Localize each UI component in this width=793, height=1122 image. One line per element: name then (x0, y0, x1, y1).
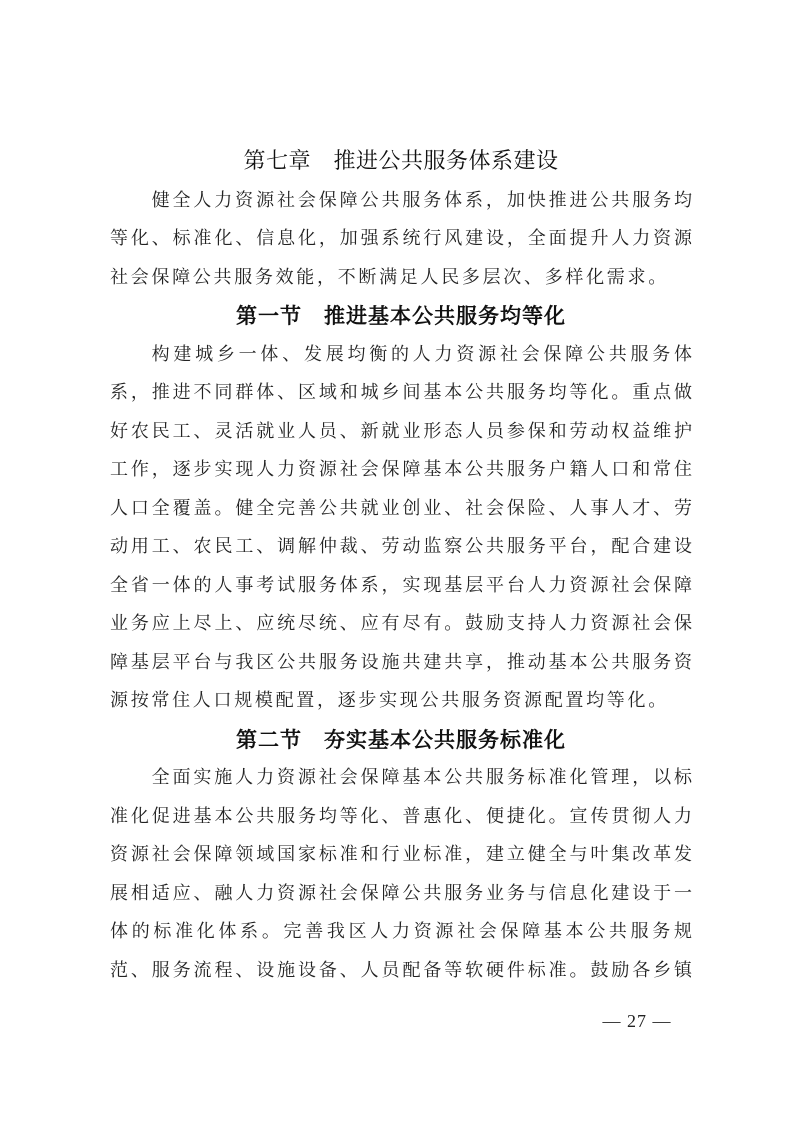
paragraph-line: 全面实施人力资源社会保障基本公共服务标准化管理，以标 (110, 759, 692, 798)
paragraph-line: 好农民工、灵活就业人员、新就业形态人员参保和劳动权益维护 (110, 413, 692, 452)
intro-paragraph: 健全人力资源社会保障公共服务体系，加快推进公共服务均 等化、标准化、信息化，加强… (110, 182, 692, 298)
paragraph-line: 人口全覆盖。健全完善公共就业创业、社会保险、人事人才、劳 (110, 490, 692, 529)
paragraph-line: 展相适应、融人力资源社会保障公共服务业务与信息化建设于一 (110, 875, 692, 914)
paragraph-line: 体的标准化体系。完善我区人力资源社会保障基本公共服务规 (110, 913, 692, 952)
paragraph-line: 全省一体的人事考试服务体系，实现基层平台人力资源社会保障 (110, 567, 692, 606)
paragraph-line: 工作，逐步实现人力资源社会保障基本公共服务户籍人口和常住 (110, 451, 692, 490)
paragraph-line: 健全人力资源社会保障公共服务体系，加快推进公共服务均 (110, 182, 692, 221)
page-content: 第七章 推进公共服务体系建设 健全人力资源社会保障公共服务体系，加快推进公共服务… (110, 143, 692, 990)
section-heading-1: 第一节 推进基本公共服务均等化 (110, 297, 692, 336)
paragraph-line: 障基层平台与我区公共服务设施共建共享，推动基本公共服务资 (110, 644, 692, 683)
paragraph-line: 源按常住人口规模配置，逐步实现公共服务资源配置均等化。 (110, 682, 692, 721)
paragraph-line: 动用工、农民工、调解仲裁、劳动监察公共服务平台，配合建设 (110, 528, 692, 567)
paragraph-line: 等化、标准化、信息化，加强系统行风建设，全面提升人力资源 (110, 220, 692, 259)
paragraph-line: 准化促进基本公共服务均等化、普惠化、便捷化。宣传贯彻人力 (110, 798, 692, 837)
paragraph-line: 社会保障公共服务效能，不断满足人民多层次、多样化需求。 (110, 259, 692, 298)
paragraph-line: 范、服务流程、设施设备、人员配备等软硬件标准。鼓励各乡镇 (110, 952, 692, 991)
section-2-paragraph: 全面实施人力资源社会保障基本公共服务标准化管理，以标 准化促进基本公共服务均等化… (110, 759, 692, 990)
chapter-title: 第七章 推进公共服务体系建设 (110, 143, 692, 182)
paragraph-line: 业务应上尽上、应统尽统、应有尽有。鼓励支持人力资源社会保 (110, 605, 692, 644)
section-1-paragraph: 构建城乡一体、发展均衡的人力资源社会保障公共服务体 系，推进不同群体、区域和城乡… (110, 336, 692, 721)
document-page: 第七章 推进公共服务体系建设 健全人力资源社会保障公共服务体系，加快推进公共服务… (0, 0, 793, 1122)
paragraph-line: 构建城乡一体、发展均衡的人力资源社会保障公共服务体 (110, 336, 692, 375)
page-number: — 27 — (600, 1008, 674, 1034)
paragraph-line: 系，推进不同群体、区域和城乡间基本公共服务均等化。重点做 (110, 374, 692, 413)
paragraph-line: 资源社会保障领域国家标准和行业标准，建立健全与叶集改革发 (110, 836, 692, 875)
section-heading-2: 第二节 夯实基本公共服务标准化 (110, 721, 692, 760)
